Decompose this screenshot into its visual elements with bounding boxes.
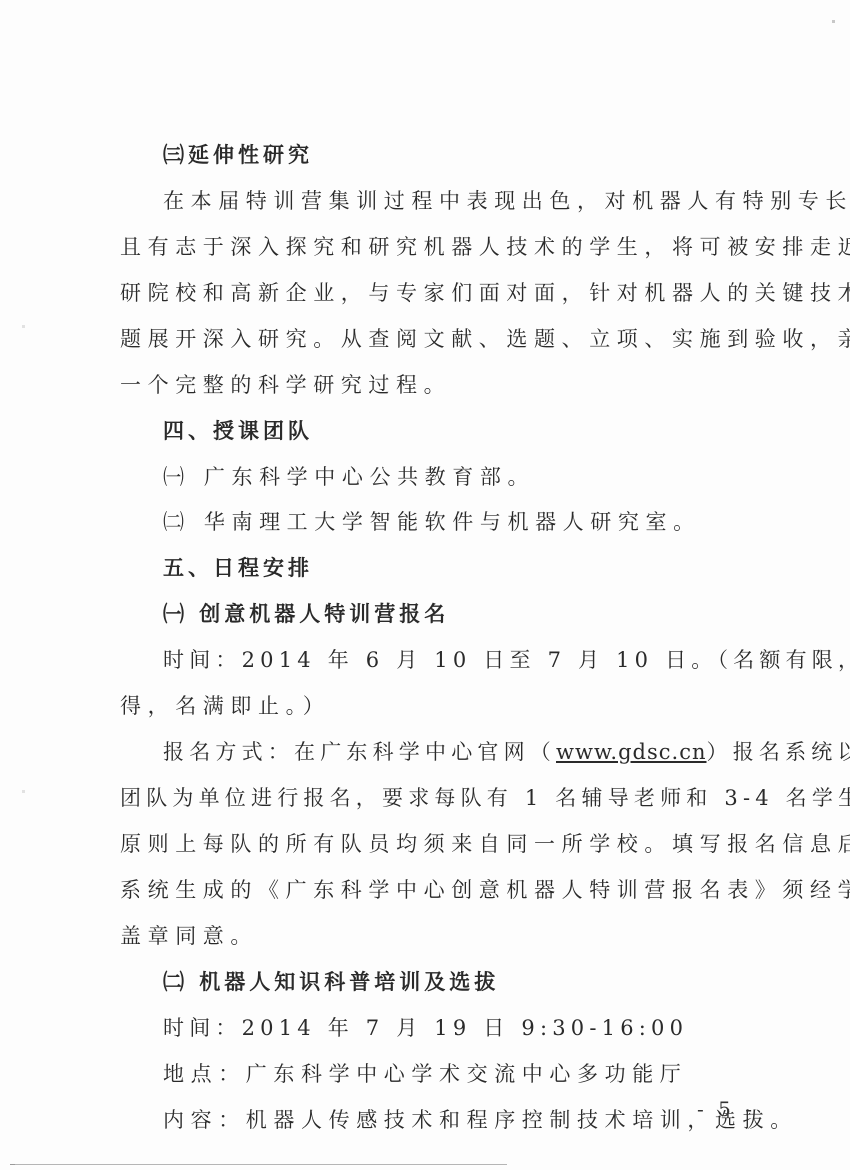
paragraph-line: 题展开深入研究。从查阅文献、选题、立项、实施到验收，亲历: [120, 324, 742, 354]
paragraph-line: 且有志于深入探究和研究机器人技术的学生，将可被安排走近科: [120, 232, 742, 262]
bottom-rule-divider-secondary: [15, 1164, 507, 1165]
training-content: 内容：机器人传感技术和程序控制技术培训，选拔。: [163, 1105, 742, 1135]
section-heading-extension-research: ㈢延伸性研究: [163, 140, 742, 170]
registration-method-line: 报名方式：在广东科学中心官网（www.gdsc.cn）报名系统以: [163, 737, 742, 767]
paragraph-line: 一个完整的科学研究过程。: [120, 370, 742, 400]
page-number: - 5 -: [697, 1096, 756, 1122]
document-page: ㈢延伸性研究 在本届特训营集训过程中表现出色，对机器人有特别专长， 且有志于深入…: [0, 0, 850, 1170]
registration-method-suffix: ）报名系统以: [707, 740, 850, 764]
registration-time-line: 得，名满即止。）: [120, 691, 742, 721]
paragraph-line: 原则上每队的所有队员均须来自同一所学校。填写报名信息后，: [120, 829, 742, 859]
scan-mark: [22, 790, 25, 793]
registration-time-line: 时间：2014 年 6 月 10 日至 7 月 10 日。（名额有限，先报先: [163, 645, 742, 675]
teaching-team-item: ㈡ 华南理工大学智能软件与机器人研究室。: [163, 507, 742, 537]
teaching-team-item: ㈠ 广东科学中心公共教育部。: [163, 462, 742, 492]
paragraph-line: 团队为单位进行报名，要求每队有 1 名辅导老师和 3-4 名学生，: [120, 783, 742, 813]
registration-method-prefix: 报名方式：在广东科学中心官网（: [163, 740, 556, 764]
training-location: 地点：广东科学中心学术交流中心多功能厅: [163, 1059, 742, 1089]
section-heading-teaching-team: 四、授课团队: [163, 416, 742, 446]
paragraph-line: 在本届特训营集训过程中表现出色，对机器人有特别专长，: [163, 186, 742, 216]
scan-mark: [22, 325, 25, 328]
paragraph-line: 盖章同意。: [120, 921, 742, 951]
scan-mark: [832, 20, 835, 23]
subsection-heading-registration: ㈠ 创意机器人特训营报名: [163, 599, 742, 629]
paragraph-line: 系统生成的《广东科学中心创意机器人特训营报名表》须经学校: [120, 875, 742, 905]
section-heading-schedule: 五、日程安排: [163, 553, 742, 583]
subsection-heading-training: ㈡ 机器人知识科普培训及选拔: [163, 967, 742, 997]
paragraph-line: 研院校和高新企业，与专家们面对面，针对机器人的关键技术问: [120, 278, 742, 308]
training-time: 时间：2014 年 7 月 19 日 9:30-16:00: [163, 1013, 742, 1043]
website-link[interactable]: www.gdsc.cn: [556, 740, 707, 764]
